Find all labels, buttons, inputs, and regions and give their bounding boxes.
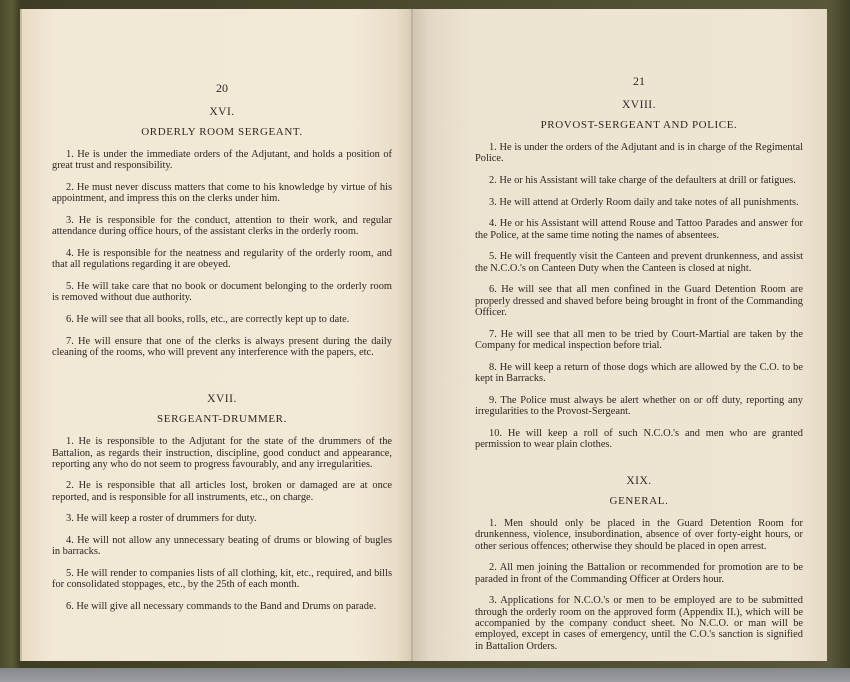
paragraph: 3. He will attend at Orderly Room daily … <box>475 197 803 208</box>
paragraph: 2. He is responsible that all articles l… <box>52 480 392 503</box>
right-page-content: 21 XVIII. PROVOST-SERGEANT AND POLICE. 1… <box>475 74 803 657</box>
left-page: 20 XVI. ORDERLY ROOM SERGEANT. 1. He is … <box>20 9 412 661</box>
paragraph: 3. He will keep a roster of drummers for… <box>52 513 392 524</box>
paragraph: 2. He or his Assistant will take charge … <box>475 175 803 186</box>
paragraph: 5. He will render to companies lists of … <box>52 568 392 591</box>
section-gap <box>475 455 803 475</box>
paragraph: 1. He is under the immediate orders of t… <box>52 149 392 172</box>
right-page: 21 XVIII. PROVOST-SERGEANT AND POLICE. 1… <box>413 9 827 661</box>
section-xviii: XVIII. PROVOST-SERGEANT AND POLICE. 1. H… <box>475 99 803 450</box>
section-number: XVI. <box>52 106 392 118</box>
section-number: XIX. <box>475 475 803 487</box>
section-gap <box>52 363 392 393</box>
paragraph: 6. He will see that all men confined in … <box>475 284 803 318</box>
paragraph: 4. He or his Assistant will attend Rouse… <box>475 218 803 241</box>
paragraph: 4. He is responsible for the neatness an… <box>52 248 392 271</box>
paragraph: 1. Men should only be placed in the Guar… <box>475 518 803 552</box>
paragraph: 3. He is responsible for the conduct, at… <box>52 215 392 238</box>
section-xvi: XVI. ORDERLY ROOM SERGEANT. 1. He is und… <box>52 106 392 358</box>
paragraph: 1. He is under the orders of the Adjutan… <box>475 142 803 165</box>
paragraph: 1. He is responsible to the Adjutant for… <box>52 436 392 470</box>
paragraph: 7. He will ensure that one of the clerks… <box>52 336 392 359</box>
paragraph: 3. Applications for N.C.O.'s or men to b… <box>475 595 803 651</box>
page-number: 21 <box>475 74 803 89</box>
paragraph: 5. He will frequently visit the Canteen … <box>475 251 803 274</box>
section-title: PROVOST-SERGEANT AND POLICE. <box>475 119 803 131</box>
paragraph: 6. He will see that all books, rolls, et… <box>52 314 392 325</box>
section-number: XVIII. <box>475 99 803 111</box>
section-title: SERGEANT-DRUMMER. <box>52 413 392 425</box>
section-number: XVII. <box>52 393 392 405</box>
page-number: 20 <box>52 81 392 96</box>
paragraph: 5. He will take care that no book or doc… <box>52 281 392 304</box>
paragraph: 2. He must never discuss matters that co… <box>52 182 392 205</box>
section-xix: XIX. GENERAL. 1. Men should only be plac… <box>475 475 803 652</box>
paragraph: 8. He will keep a return of those dogs w… <box>475 362 803 385</box>
section-title: ORDERLY ROOM SERGEANT. <box>52 126 392 138</box>
paragraph: 6. He will give all necessary commands t… <box>52 601 392 612</box>
paragraph: 7. He will see that all men to be tried … <box>475 329 803 352</box>
left-page-content: 20 XVI. ORDERLY ROOM SERGEANT. 1. He is … <box>52 81 392 617</box>
paragraph: 10. He will keep a roll of such N.C.O.'s… <box>475 428 803 451</box>
section-title: GENERAL. <box>475 495 803 507</box>
section-xvii: XVII. SERGEANT-DRUMMER. 1. He is respons… <box>52 393 392 612</box>
paragraph: 9. The Police must always be alert wheth… <box>475 395 803 418</box>
paragraph: 2. All men joining the Battalion or reco… <box>475 562 803 585</box>
paragraph: 4. He will not allow any unnecessary bea… <box>52 535 392 558</box>
